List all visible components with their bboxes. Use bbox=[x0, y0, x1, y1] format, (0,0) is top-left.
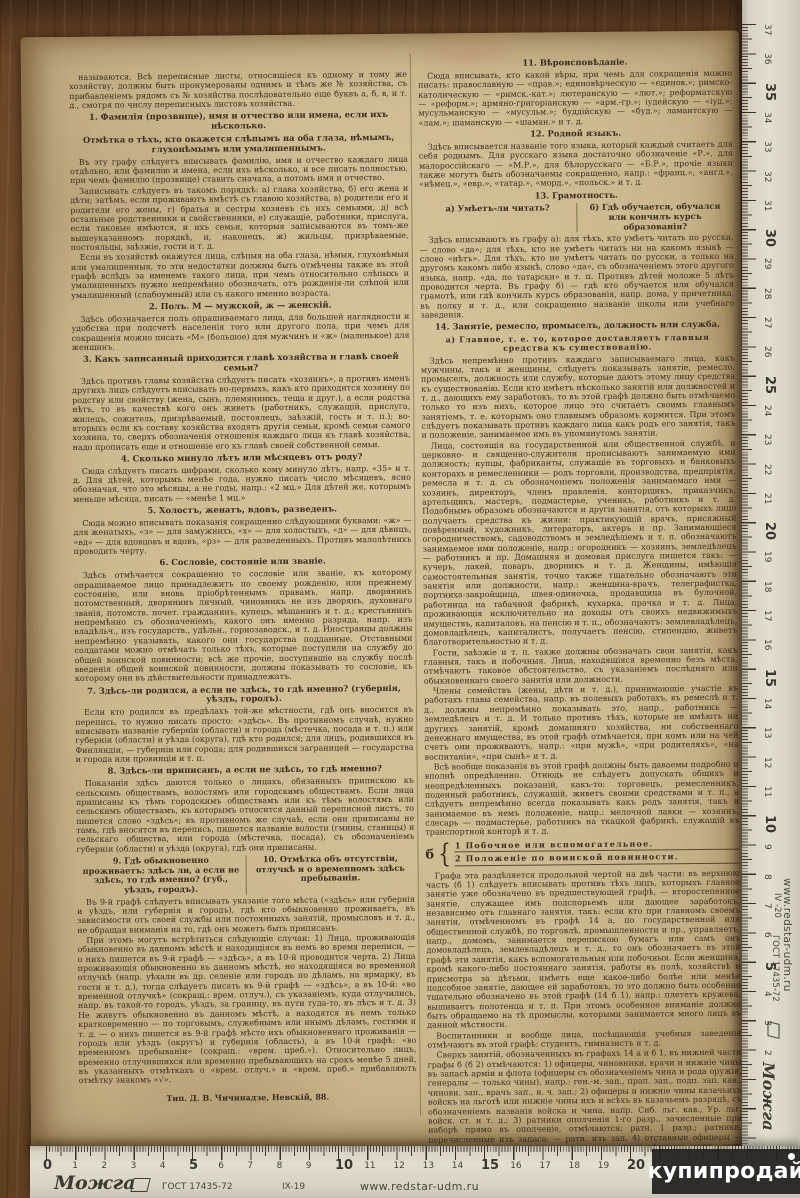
ruler-gost-label: ГОСТ 17435-72 bbox=[770, 935, 780, 1002]
ruler-number: 0 bbox=[43, 1158, 52, 1173]
ruler-number: 2 bbox=[762, 1050, 772, 1056]
section-heading: 5. Холостъ, женатъ, вдовъ, разведенъ. bbox=[73, 504, 411, 517]
paragraph: Всѣ вообще показанія въ этой графѣ должн… bbox=[425, 760, 740, 838]
ruler-number: 9 bbox=[306, 1161, 312, 1171]
ruler-batch-label: IV -20 bbox=[772, 893, 782, 918]
ruler-number: 27 bbox=[762, 317, 772, 328]
ruler-number: 7 bbox=[247, 1161, 253, 1171]
section-heading: 4. Сколько минуло лѣтъ или мѣсяцевъ отъ … bbox=[73, 452, 411, 465]
paragraph: Гости, заѣзжіе и т. п. также должны обоз… bbox=[424, 645, 738, 685]
paragraph: называются. Всѣ переписные листы, относя… bbox=[69, 70, 407, 111]
paragraph: Графа эта раздѣляется продольной чертой … bbox=[426, 868, 742, 1030]
ruler-number: 20 bbox=[627, 1158, 645, 1173]
paragraph: Здѣсь противъ главы хозяйства слѣдуетъ п… bbox=[72, 374, 411, 452]
brace-items: 1 Побочное или вспомогательное.2 Положен… bbox=[455, 838, 740, 867]
paragraph: Здѣсь отмѣчается сокращенно то сословіе … bbox=[74, 568, 413, 684]
ruler-number: 26 bbox=[762, 346, 772, 357]
ruler-number: 15 bbox=[481, 1158, 499, 1173]
section-heading: 8. Здѣсь-ли приписанъ, а если не здѣсь, … bbox=[76, 764, 414, 777]
ruler-number: 17 bbox=[762, 610, 772, 621]
ruler-number: 13 bbox=[423, 1161, 434, 1171]
paragraph: Здѣсь вписывается названіе того языка, к… bbox=[419, 139, 733, 189]
section-heading: 1. Фамилія (прозвище), имя и отчество ил… bbox=[69, 110, 407, 133]
ruler-number: 6 bbox=[218, 1161, 224, 1171]
ruler-number: 16 bbox=[762, 639, 772, 650]
ruler-number: 31 bbox=[762, 200, 772, 211]
paragraph: Лица, состоящія на государственной или о… bbox=[422, 438, 738, 647]
ruler-number: 1 bbox=[72, 1161, 78, 1171]
ruler-number: 22 bbox=[762, 464, 772, 475]
paragraph: Въ 9-й графѣ слѣдуетъ вписывать указаніе… bbox=[77, 894, 415, 935]
ruler-number: 8 bbox=[277, 1161, 283, 1171]
ruler-number: 19 bbox=[762, 551, 772, 562]
section-heading: 7. Здѣсь-ли родился, а если не здѣсь, то… bbox=[75, 683, 413, 706]
brace-heading: б{1 Побочное или вспомогательное.2 Полож… bbox=[425, 838, 739, 868]
section-heading: 11. Вѣроисповѣданіе. bbox=[418, 57, 732, 70]
ruler-number: 35 bbox=[762, 83, 777, 101]
watermark-badge: купипродай bbox=[652, 1149, 800, 1194]
ruler-number: 9 bbox=[762, 844, 772, 850]
section-heading: а) Главное, т. е. то, которое доставляет… bbox=[425, 333, 731, 354]
section-heading: 10. Отмѣтка объ отсутствіи, отлучкѣ и о … bbox=[245, 854, 415, 894]
ruler-batch-label: IX-19 bbox=[282, 1182, 305, 1192]
ruler-number: 15 bbox=[762, 669, 777, 687]
paragraph: Сюда можно вписывать показанія сокращенн… bbox=[73, 516, 411, 557]
paragraph: Здѣсь обозначается полъ опрашиваемаго ли… bbox=[71, 312, 409, 353]
paragraph: При этомъ могутъ встрѣтиться слѣдующіе с… bbox=[77, 933, 416, 1086]
section-heading: 13. Грамотность. bbox=[419, 189, 733, 202]
paragraph: Если кто родился въ предѣлахъ той-же мѣс… bbox=[75, 705, 414, 764]
watermark-text: купипродай bbox=[648, 1159, 800, 1184]
paragraph: Если въ хозяйствѣ окажутся лица, слѣпыя … bbox=[71, 250, 409, 300]
ruler-number: 20 bbox=[762, 522, 777, 540]
ruler-number: 10 bbox=[762, 815, 777, 833]
section-heading: 6. Сословіе, состояніе или званіе. bbox=[74, 556, 412, 569]
ruler-url-label: www.redstar-udm.ru bbox=[360, 1180, 479, 1193]
ruler-brand-label: Можга bbox=[54, 1172, 136, 1194]
ruler-number: 32 bbox=[762, 171, 772, 182]
printer-imprint: Тип. Д. В. Чичинадзе, Невскій, 88. bbox=[79, 1091, 417, 1104]
left-column: называются. Всѣ переписные листы, относя… bbox=[69, 70, 417, 1105]
paragraph: Сюда слѣдуетъ писать цифрами, сколько ко… bbox=[73, 464, 411, 505]
ruler-number: 24 bbox=[762, 405, 772, 416]
document-page: называются. Всѣ переписные листы, относя… bbox=[21, 31, 750, 1154]
section-heading: б) Гдѣ обучается, обучался или кончилъ к… bbox=[576, 202, 734, 232]
split-heading: а) Умѣетъ-ли читать?б) Гдѣ обучается, об… bbox=[419, 202, 733, 234]
ruler-number: 25 bbox=[762, 376, 777, 394]
paragraph: Здѣсь вписываютъ въ графу а): для тѣхъ, … bbox=[420, 233, 735, 320]
ruler-number: 12 bbox=[393, 1161, 404, 1171]
watermark-dot bbox=[788, 1153, 795, 1160]
section-heading: 3. Какъ записанный приходится главѣ хозя… bbox=[72, 352, 410, 375]
ruler-number: 36 bbox=[762, 53, 772, 64]
ruler-number: 13 bbox=[762, 727, 772, 738]
paragraph: Записывать слѣдуетъ въ такомъ порядкѣ: а… bbox=[70, 184, 409, 253]
ruler-number: 28 bbox=[762, 288, 772, 299]
section-heading: а) Умѣетъ-ли читать? bbox=[419, 204, 576, 234]
ruler-number: 23 bbox=[762, 434, 772, 445]
brace-label: б bbox=[425, 847, 434, 862]
ruler-number: 33 bbox=[762, 141, 772, 152]
ruler-number: 7 bbox=[762, 903, 772, 909]
paragraph: Члены семействъ (жены, дѣти и т. д.), пр… bbox=[424, 684, 739, 762]
split-heading: 9. Гдѣ обыкновенно проживаетъ: здѣсь ли,… bbox=[77, 854, 415, 896]
ruler-brand-label: Можга bbox=[759, 1062, 778, 1131]
ruler-number: 10 bbox=[335, 1158, 353, 1173]
ruler-number: 17 bbox=[539, 1161, 550, 1171]
ruler-number: 30 bbox=[762, 229, 777, 247]
ruler-number: 11 bbox=[762, 786, 772, 797]
ruler-number: 21 bbox=[762, 493, 772, 504]
paragraph: Сюда вписывать, кто какой вѣры, при чемъ… bbox=[418, 68, 733, 127]
section-heading: Отмѣтка о тѣхъ, кто окажется слѣпымъ на … bbox=[70, 133, 408, 156]
section-heading: 14. Занятіе, ремесло, промыселъ, должнос… bbox=[420, 320, 734, 333]
ruler-cm-ticks bbox=[742, 24, 756, 1198]
factory-logo-icon bbox=[130, 1178, 150, 1192]
ruler-number: 19 bbox=[598, 1161, 609, 1171]
ruler-gost-label: ГОСТ 17435-72 bbox=[162, 1182, 233, 1192]
section-heading: 2 Положеніе по воинской повинности. bbox=[455, 852, 740, 866]
ruler-number: 5 bbox=[189, 1158, 198, 1173]
ruler-number: 29 bbox=[762, 258, 772, 269]
ruler-number: 11 bbox=[364, 1161, 375, 1171]
section-heading: 9. Гдѣ обыкновенно проживаетъ: здѣсь ли,… bbox=[77, 855, 246, 895]
ruler-number: 34 bbox=[762, 112, 772, 123]
ruler-number: 18 bbox=[569, 1161, 580, 1171]
ruler-number: 14 bbox=[452, 1161, 463, 1171]
photo-scene: называются. Всѣ переписные листы, относя… bbox=[0, 0, 800, 1198]
paragraph: Въ эту графу слѣдуетъ вписывать фамилію,… bbox=[70, 155, 408, 186]
factory-logo-icon bbox=[768, 1021, 780, 1039]
section-heading: 2. Полъ. М — мужской, ж — женскій. bbox=[71, 300, 409, 313]
paragraph: Воспитанники и вообще лица, посѣщающія у… bbox=[427, 1028, 741, 1050]
ruler-number: 12 bbox=[762, 757, 772, 768]
ruler-number: 3 bbox=[131, 1161, 137, 1171]
brace-icon: { bbox=[438, 839, 451, 870]
ruler-url-label: www.redstar-udm.ru bbox=[781, 878, 793, 992]
ruler-number: 8 bbox=[762, 874, 772, 880]
ruler-number: 18 bbox=[762, 581, 772, 592]
ruler-number: 37 bbox=[762, 24, 772, 35]
ruler-number: 2 bbox=[101, 1161, 107, 1171]
ruler-number: 4 bbox=[160, 1161, 166, 1171]
section-heading: 1 Побочное или вспомогательное. bbox=[455, 838, 740, 852]
right-column: 11. Вѣроисповѣданіе.Сюда вписывать, кто … bbox=[418, 54, 743, 1165]
vertical-ruler: 3736353433323130292827262524232221201918… bbox=[742, 0, 800, 1198]
paragraph: Показанія здѣсь даются только о лицахъ, … bbox=[76, 776, 415, 854]
ruler-number: 16 bbox=[510, 1161, 521, 1171]
paragraph: Здѣсь непремѣнно противъ каждаго записыв… bbox=[421, 353, 736, 440]
section-heading: 12. Родной языкъ. bbox=[419, 128, 733, 141]
ruler-number: 14 bbox=[762, 698, 772, 709]
